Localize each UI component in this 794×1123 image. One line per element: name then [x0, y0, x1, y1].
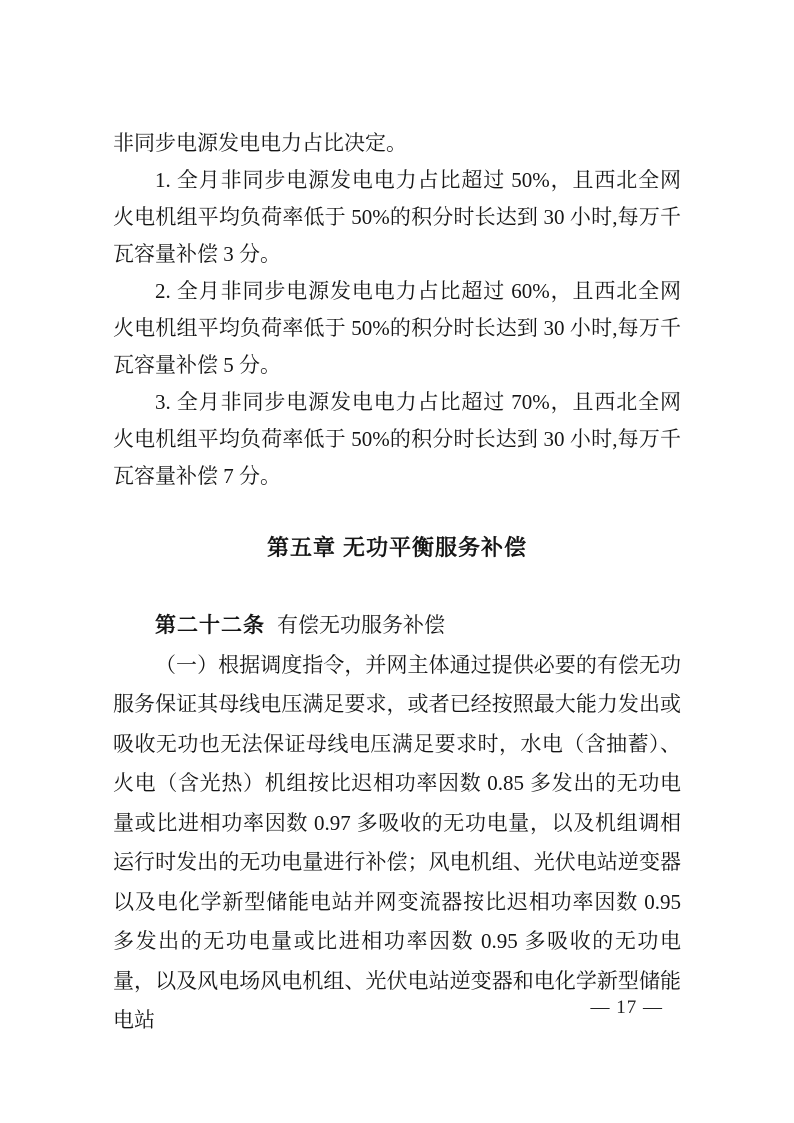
document-content: 非同步电源发电电力占比决定。 1. 全月非同步电源发电电力占比超过 50%，且西… [113, 125, 681, 1041]
article-heading-line: 第二十二条有偿无功服务补偿 [113, 606, 681, 646]
page-number: — 17 — [591, 996, 664, 1020]
article-number-label: 第二十二条 [155, 613, 265, 637]
paragraph-continuation-line: 非同步电源发电电力占比决定。 [113, 125, 681, 162]
numbered-item-1: 1. 全月非同步电源发电电力占比超过 50%，且西北全网火电机组平均负荷率低于 … [113, 162, 681, 273]
numbered-item-3: 3. 全月非同步电源发电电力占比超过 70%，且西北全网火电机组平均负荷率低于 … [113, 384, 681, 495]
article-title: 有偿无功服务补偿 [277, 613, 445, 637]
chapter-heading: 第五章 无功平衡服务补偿 [113, 529, 681, 566]
article-body-paragraph: （一）根据调度指令，并网主体通过提供必要的有偿无功服务保证其母线电压满足要求，或… [113, 646, 681, 1041]
document-page: 非同步电源发电电力占比决定。 1. 全月非同步电源发电电力占比超过 50%，且西… [0, 0, 794, 1123]
numbered-item-2: 2. 全月非同步电源发电电力占比超过 60%，且西北全网火电机组平均负荷率低于 … [113, 273, 681, 384]
